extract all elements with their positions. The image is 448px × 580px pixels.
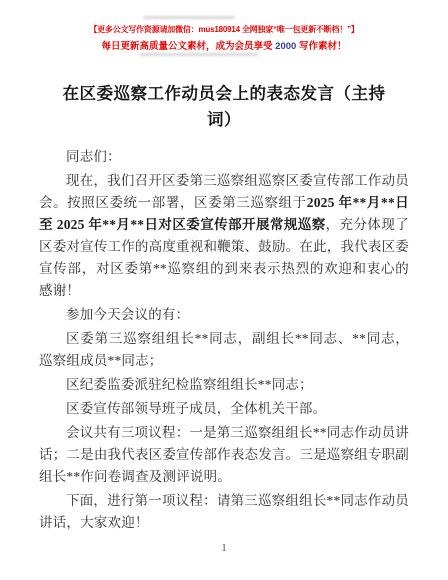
- paragraph-attendees-intro: 参加今天会议的有：: [39, 304, 409, 326]
- paragraph-agenda: 会议共有三项议程：一是第三巡察组组长**同志作动员讲话；二是由我代表区委宣传部作…: [39, 422, 409, 488]
- promo-header-line-1: 【更多公文写作资源请加微信：mus180914 全网独家“唯一包更新不断档！”】: [0, 24, 448, 35]
- paragraph-attendees-department: 区委宣传部领导班子成员，全体机关干部。: [39, 398, 409, 420]
- document-content: 在区委巡察工作动员会上的表态发言（主持词） 同志们： 现在，我们召开区委第三巡察…: [39, 82, 409, 536]
- document-body: 同志们： 现在，我们召开区委第三巡察组巡察区委宣传部工作动员会。按照区委统一部署…: [39, 146, 409, 534]
- document-title: 在区委巡察工作动员会上的表态发言（主持词）: [58, 82, 390, 133]
- promo-header-text-1: 【更多公文写作资源请加微信：mus180914 全网独家“唯一包更新不断档！”】: [89, 25, 358, 34]
- paragraph-opening: 现在，我们召开区委第三巡察组巡察区委宣传部工作动员会。按照区委统一部署，区委第三…: [39, 170, 409, 302]
- paragraph-salutation: 同志们：: [39, 146, 409, 168]
- paragraph-text: 区委第三巡察组组长**同志，副组长**同志、**同志，巡察组成员**同志；: [39, 331, 409, 368]
- paragraph-text: 会议共有三项议程：一是第三巡察组组长**同志作动员讲话；二是由我代表区委宣传部作…: [39, 425, 409, 484]
- paragraph-first-agenda-item: 下面，进行第一项议程：请第三巡察组组长**同志作动员讲话，大家欢迎！: [39, 490, 409, 534]
- paragraph-attendees-inspection-group: 区委第三巡察组组长**同志，副组长**同志、**同志，巡察组成员**同志；: [39, 328, 409, 372]
- document-page: 【更多公文写作资源请加微信：mus180914 全网独家“唯一包更新不断档！”】…: [0, 0, 448, 580]
- paragraph-text: 区纪委监委派驻纪检监察组组长**同志；: [66, 377, 313, 392]
- promo-line2-number: 2000: [275, 41, 296, 52]
- faded-divider-bottom: [140, 53, 258, 56]
- page-number: 1: [0, 543, 448, 554]
- paragraph-text: 区委宣传部领导班子成员，全体机关干部。: [66, 401, 326, 416]
- promo-line2-suffix: 写作素材！: [299, 41, 347, 52]
- promo-line2-prefix: 每日更新高质量公文素材，成为会员享受: [102, 41, 273, 52]
- paragraph-text: 参加今天会议的有：: [66, 307, 189, 322]
- paragraph-attendees-discipline-group: 区纪委监委派驻纪检监察组组长**同志；: [39, 374, 409, 396]
- paragraph-text: 同志们：: [66, 149, 121, 164]
- promo-header-line-2: 每日更新高质量公文素材，成为会员享受 2000 写作素材！: [0, 38, 448, 52]
- paragraph-text: 下面，进行第一项议程：请第三巡察组组长**同志作动员讲话，大家欢迎！: [39, 493, 409, 530]
- faded-divider-top: [143, 16, 235, 19]
